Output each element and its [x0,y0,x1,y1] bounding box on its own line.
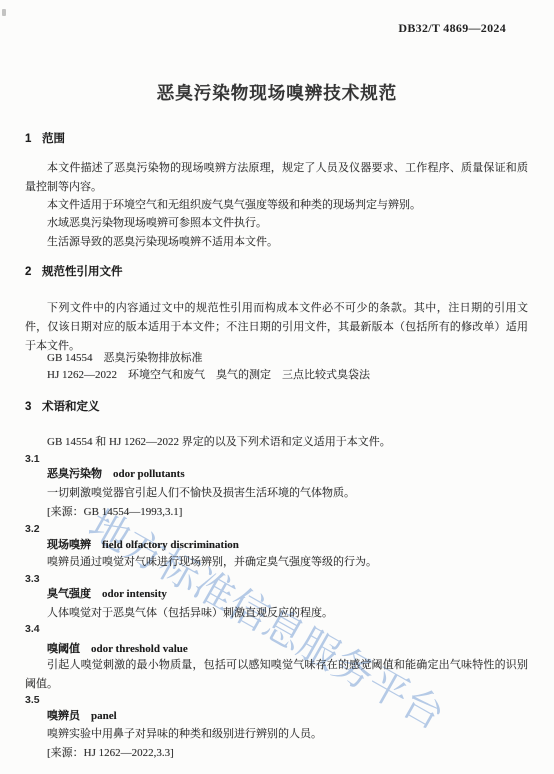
term-definition-3-2: 嗅辨员通过嗅觉对气味进行现场辨别，并确定臭气强度等级的行为。 [25,553,528,572]
clause-number-3-3: 3.3 [25,571,40,588]
term-zh-3-3: 臭气强度 [47,588,91,600]
term-line-3-3: 臭气强度odor intensity [47,586,167,603]
section-1-paragraph-4: 生活源导致的恶臭污染现场嗅辨不适用本文件。 [25,233,528,252]
section-2-heading: 2规范性引用文件 [25,264,123,281]
section-1-title: 范围 [42,133,65,145]
term-zh-3-5: 嗅辨员 [47,710,80,722]
reference-item: HJ 1262—2022 环境空气和废气 臭气的测定 三点比较式臭袋法 [25,366,528,385]
term-line-3-1: 恶臭污染物odor pollutants [47,466,185,483]
clause-number-3-4: 3.4 [25,621,40,638]
section-2-number: 2 [25,264,42,281]
section-3-intro: GB 14554 和 HJ 1262—2022 界定的以及下列术语和定义适用于本… [25,433,528,452]
section-1-paragraph-2: 本文件适用于环境空气和无组织废气臭气强度等级和种类的现场判定与辨别。 [25,196,528,215]
standard-code: DB32/T 4869—2024 [398,21,506,36]
term-en-3-5: panel [91,710,117,722]
section-1-number: 1 [25,131,42,148]
document-page: 地方标准信息服务平台 DB32/T 4869—2024 恶臭污染物现场嗅辨技术规… [0,0,554,774]
term-en-3-1: odor pollutants [113,468,185,480]
term-definition-3-3: 人体嗅觉对于恶臭气体（包括异味）刺激直观反应的程度。 [25,604,528,623]
clause-number-3-2: 3.2 [25,521,40,538]
term-en-3-2: field olfactory discrimination [102,539,239,551]
term-source-3-5: [来源：HJ 1262—2022,3.3] [25,744,528,763]
term-zh-3-4: 嗅阈值 [47,643,80,655]
term-definition-3-1: 一切刺激嗅觉器官引起人们不愉快及损害生活环境的气体物质。 [25,484,528,503]
section-1-paragraph-1: 本文件描述了恶臭污染物的现场嗅辨方法原理，规定了人员及仪器要求、工作程序、质量保… [25,159,528,197]
section-2-title: 规范性引用文件 [42,266,123,278]
section-1-paragraph-3: 水域恶臭污染物现场嗅辨可参照本文件执行。 [25,214,528,233]
section-3-title: 术语和定义 [42,401,100,413]
section-1-heading: 1范围 [25,131,65,148]
term-line-3-5: 嗅辨员panel [47,708,117,725]
section-3-heading: 3术语和定义 [25,399,100,416]
clause-number-3-1: 3.1 [25,451,40,468]
term-en-3-3: odor intensity [102,588,167,600]
document-title: 恶臭污染物现场嗅辨技术规范 [0,80,554,105]
term-definition-3-4: 引起人嗅觉刺激的最小物质量，包括可以感知嗅觉气味存在的感觉阈值和能确定出气味特性… [25,656,528,694]
term-source-3-1: [来源：GB 14554—1993,3.1] [25,503,528,522]
section-3-number: 3 [25,399,42,416]
term-zh-3-1: 恶臭污染物 [47,468,102,480]
scan-artifact [2,9,6,16]
term-line-3-2: 现场嗅辨field olfactory discrimination [47,537,239,554]
section-2-paragraph-1: 下列文件中的内容通过文中的规范性引用而构成本文件必不可少的条款。其中，注日期的引… [25,299,528,356]
term-zh-3-2: 现场嗅辨 [47,539,91,551]
term-definition-3-5: 嗅辨实验中用鼻子对异味的种类和级别进行辨别的人员。 [25,725,528,744]
clause-number-3-5: 3.5 [25,692,40,709]
term-en-3-4: odor threshold value [91,643,188,655]
